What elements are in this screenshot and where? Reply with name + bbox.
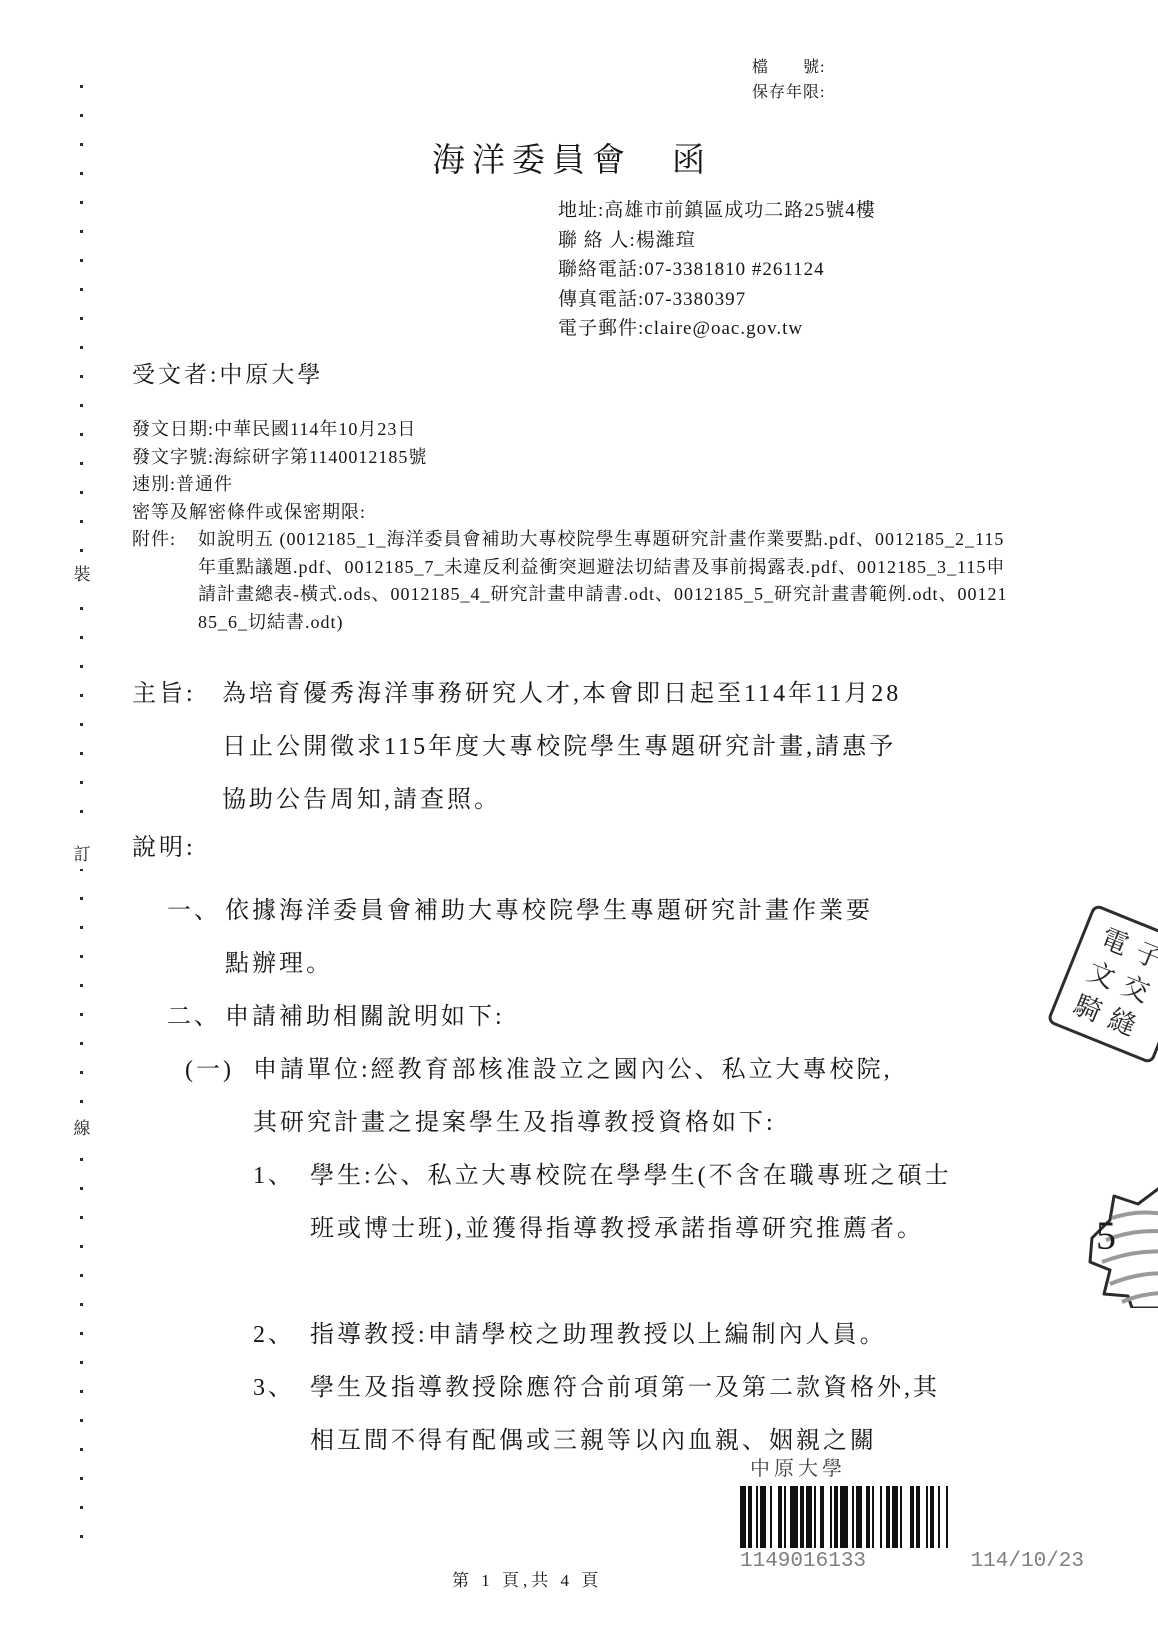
sender-phone: 聯絡電話:07-3381810 #261124	[558, 255, 876, 285]
subject-text: 為培育優秀海洋事務研究人才,本會即日起至114年11月28日止公開徵求115年度…	[222, 668, 922, 827]
item-number: 二、	[167, 991, 225, 1044]
recipient-received-stamp: 中原大學	[750, 1452, 846, 1481]
subject-label: 主旨:	[132, 668, 222, 827]
binding-mark-ding: 訂	[71, 836, 93, 869]
sender-contact-person: 聯 絡 人:楊濰瑄	[558, 226, 876, 256]
item-number: 2、	[253, 1309, 310, 1362]
speed-line: 速別:普通件	[132, 471, 1012, 499]
explanation-item-1: 一、 依據海洋委員會補助大專校院學生專題研究計畫作業要點辦理。	[167, 885, 893, 991]
explanation-subitem-3: 3、 學生及指導教授除應符合前項第一及第二款資格外,其相互間不得有配偶或三親等以…	[253, 1362, 962, 1468]
doc-number-line: 發文字號:海綜研字第1140012185號	[132, 444, 1012, 472]
item-number: 一、	[167, 885, 225, 991]
item-text: 指導教授:申請學校之助理教授以上編制內人員。	[310, 1309, 962, 1362]
explanation-item-2-1: (一) 申請單位:經教育部核准設立之國內公、私立大專校院,其研究計畫之提案學生及…	[185, 1044, 898, 1150]
attachment-row: 附件: 如說明五 (0012185_1_海洋委員會補助大專校院學生專題研究計畫作…	[132, 526, 1012, 636]
explanation-subitem-2: 2、 指導教授:申請學校之助理教授以上編制內人員。	[253, 1309, 962, 1362]
sender-fax: 傳真電話:07-3380397	[558, 285, 876, 315]
barcode-number: 1149016133	[740, 1550, 866, 1573]
barcode-caption: 1149016133 114/10/23	[740, 1550, 1084, 1573]
recipient-line: 受文者:中原大學	[132, 356, 323, 389]
barcode-date: 114/10/23	[971, 1550, 1084, 1573]
item-number: (一)	[185, 1044, 253, 1150]
explanation-item-2: 二、 申請補助相關說明如下:	[167, 991, 893, 1044]
item-text: 依據海洋委員會補助大專校院學生專題研究計畫作業要點辦理。	[225, 885, 893, 991]
archive-block: 檔 號: 保存年限:	[752, 55, 825, 105]
document-title: 海洋委員會 函	[432, 134, 712, 181]
item-text: 申請補助相關說明如下:	[225, 991, 893, 1044]
item-text: 學生及指導教授除應符合前項第一及第二款資格外,其相互間不得有配偶或三親等以內血親…	[310, 1362, 962, 1468]
binding-mark-xian: 線	[71, 1110, 93, 1143]
sender-email: 電子郵件:claire@oac.gov.tw	[558, 314, 876, 344]
subject-block: 主旨: 為培育優秀海洋事務研究人才,本會即日起至114年11月28日止公開徵求1…	[132, 668, 922, 827]
item-number: 1、	[253, 1150, 310, 1256]
page-number-footer: 第 1 頁,共 4 頁	[452, 1566, 602, 1591]
electronic-exchange-seal: 電子 文交 騎縫	[1046, 903, 1158, 1064]
barcode	[740, 1486, 1084, 1548]
issue-date-line: 發文日期:中華民國114年10月23日	[132, 416, 1012, 444]
security-line: 密等及解密條件或保密期限:	[132, 499, 1012, 527]
item-text: 學生:公、私立大專校院在學學生(不含在職專班之碩士班或博士班),並獲得指導教授承…	[310, 1150, 962, 1256]
file-number-label: 檔 號:	[752, 55, 825, 80]
item-text: 申請單位:經教育部核准設立之國內公、私立大專校院,其研究計畫之提案學生及指導教授…	[253, 1044, 898, 1150]
sender-address: 地址:高雄市前鎮區成功二路25號4樓	[558, 196, 876, 226]
seal-page-number: 5	[1096, 1212, 1116, 1259]
explanation-label: 說明:	[132, 827, 196, 862]
attachment-value: 如說明五 (0012185_1_海洋委員會補助大專校院學生專題研究計畫作業要點.…	[198, 526, 1010, 636]
binding-dotted-line	[80, 85, 83, 1540]
retention-period-label: 保存年限:	[752, 80, 825, 105]
explanation-subitem-1: 1、 學生:公、私立大專校院在學學生(不含在職專班之碩士班或博士班),並獲得指導…	[253, 1150, 962, 1256]
item-number: 3、	[253, 1362, 310, 1468]
binding-mark-zhuang: 裝	[71, 556, 93, 589]
meta-block: 發文日期:中華民國114年10月23日 發文字號:海綜研字第1140012185…	[132, 416, 1012, 636]
sender-info-block: 地址:高雄市前鎮區成功二路25號4樓 聯 絡 人:楊濰瑄 聯絡電話:07-338…	[558, 196, 876, 344]
attachment-label: 附件:	[132, 526, 198, 554]
document-page: 裝 訂 線 檔 號: 保存年限: 海洋委員會 函 地址:高雄市前鎮區成功二路25…	[0, 0, 1158, 1649]
